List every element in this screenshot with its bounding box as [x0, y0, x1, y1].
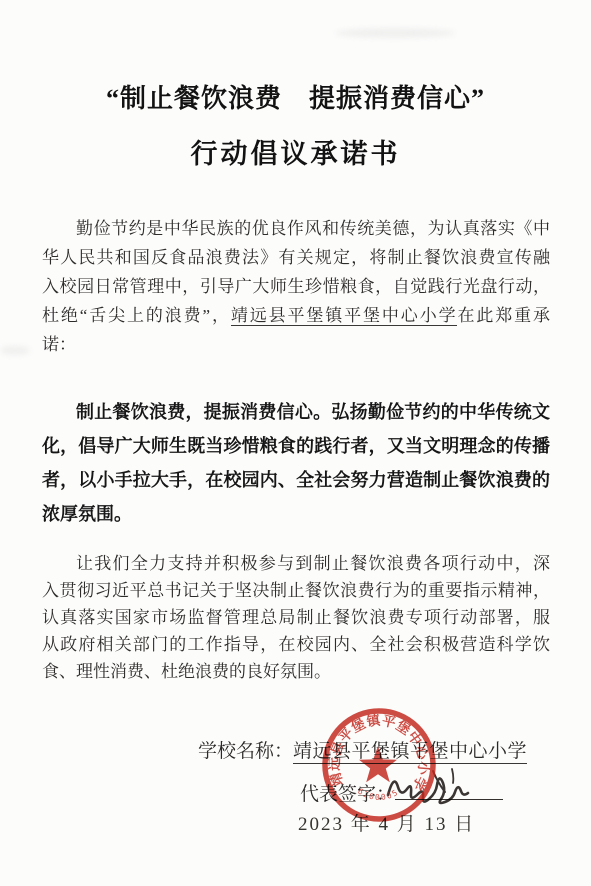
signature-label: 代表签字：: [300, 784, 395, 805]
paragraph-line: 勤俭节约是中华民族的优良作风和传统美德，为认真落实《中: [42, 214, 550, 243]
line4-prefix: 杜绝“舌尖上的浪费”，: [42, 306, 231, 325]
date-line: 2023 年 4 月 13 日: [298, 809, 475, 836]
paragraph-line: 让我们全力支持并积极参与到制止餐饮浪费各项行动中，深: [42, 550, 550, 577]
paragraph-line: 者，以小手拉大手，在校园内、全社会努力营造制止餐饮浪费的: [42, 463, 550, 497]
paragraph-line: 杜绝“舌尖上的浪费”，靖远县平堡镇平堡中心小学在此郑重承: [42, 301, 550, 330]
line4-suffix: 在此郑重承: [457, 306, 550, 325]
scan-smudge: [335, 28, 455, 38]
paragraph-pledge-bold: 制止餐饮浪费，提振消费信心。弘扬勤俭节约的中华传统文 化，倡导广大师生既当珍惜粮…: [42, 395, 550, 531]
paragraph-line: 入贯彻习近平总书记关于坚决制止餐饮浪费行为的重要指示精神，: [42, 577, 550, 604]
paragraph-line: 从政府相关部门的工作指导，在校园内、全社会积极营造科学饮: [42, 631, 550, 658]
paragraph-intro: 勤俭节约是中华民族的优良作风和传统美德，为认真落实《中 华人民共和国反食品浪费法…: [42, 214, 550, 359]
scan-smudge: [0, 346, 30, 355]
paragraph-line: 诺：: [42, 330, 550, 359]
school-name-line: 学校名称：靖远县平堡镇平堡中心小学: [198, 736, 527, 763]
paragraph-line: 华人民共和国反食品浪费法》有关规定，将制止餐饮浪费宣传融: [42, 243, 550, 272]
paragraph-line: 食、理性消费、杜绝浪费的良好氛围。: [42, 658, 550, 685]
signature-line: 代表签字：: [300, 779, 503, 806]
paragraph-action: 让我们全力支持并积极参与到制止餐饮浪费各项行动中，深 入贯彻习近平总书记关于坚决…: [42, 550, 550, 685]
document-title-line1: “制止餐饮浪费 提振消费信心”: [0, 78, 591, 115]
paragraph-line: 入校园日常管理中，引导广大师生珍惜粮食，自觉践行光盘行动，: [42, 272, 550, 301]
paragraph-line: 浓厚氛围。: [42, 497, 550, 531]
school-name-label: 学校名称：: [198, 741, 293, 762]
document-title-line2: 行动倡议承诺书: [0, 132, 591, 171]
paragraph-line: 化，倡导广大师生既当珍惜粮食的践行者，又当文明理念的传播: [42, 429, 550, 463]
paragraph-line: 制止餐饮浪费，提振消费信心。弘扬勤俭节约的中华传统文: [42, 395, 550, 429]
signature-blank-underline: [395, 781, 503, 800]
school-name-inline-underlined: 靖远县平堡镇平堡中心小学: [231, 306, 458, 326]
paragraph-line: 认真落实国家市场监督管理总局制止餐饮浪费专项行动部署，服: [42, 604, 550, 631]
scanned-pledge-document: “制止餐饮浪费 提振消费信心” 行动倡议承诺书 勤俭节约是中华民族的优良作风和传…: [0, 0, 591, 886]
document-body: 勤俭节约是中华民族的优良作风和传统美德，为认真落实《中 华人民共和国反食品浪费法…: [42, 214, 550, 685]
school-name-value: 靖远县平堡镇平堡中心小学: [293, 741, 527, 764]
